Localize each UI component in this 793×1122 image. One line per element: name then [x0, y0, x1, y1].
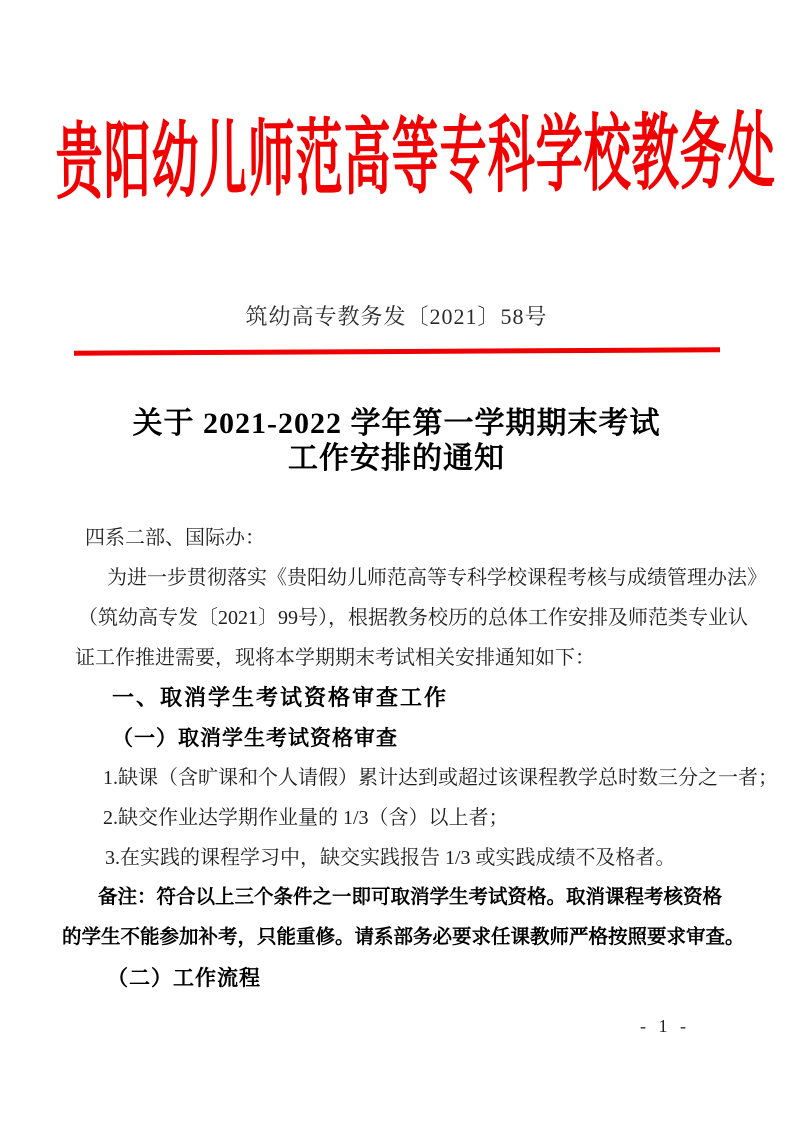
notice-title-line-2: 工作安排的通知 — [0, 441, 793, 476]
letterhead-title: 贵阳幼儿师范高等专科学校教务处 — [19, 112, 793, 208]
subsection-heading-1-1: （一）取消学生考试资格审查 — [62, 718, 734, 758]
notice-title: 关于 2021-2022 学年第一学期期末考试 工作安排的通知 — [0, 406, 793, 476]
document-page: 贵阳幼儿师范高等专科学校教务处 筑幼高专教务发〔2021〕58号 关于 2021… — [0, 0, 793, 1122]
page-number: - 1 - — [640, 1014, 690, 1038]
remark-line-2: 的学生不能参加补考，只能重修。请系部务必要求任课教师严格按照要求审查。 — [62, 918, 734, 958]
list-item-2: 2.缺交作业达学期作业量的 1/3（含）以上者； — [62, 798, 734, 838]
intro-paragraph-line-1: 为进一步贯彻落实《贵阳幼儿师范高等专科学校课程考核与成绩管理办法》 — [62, 558, 734, 598]
salutation-line: 四系二部、国际办： — [62, 518, 734, 558]
intro-paragraph-line-3: 证工作推进需要，现将本学期期末考试相关安排通知如下： — [62, 638, 734, 678]
intro-paragraph-line-2: （筑幼高专发〔2021〕99号），根据教务校历的总体工作安排及师范类专业认 — [62, 598, 734, 638]
section-heading-1: 一、取消学生考试资格审查工作 — [62, 678, 734, 718]
red-separator-line — [74, 347, 720, 355]
list-item-3: 3.在实践的课程学习中，缺交实践报告 1/3 或实践成绩不及格者。 — [62, 838, 734, 878]
list-item-1: 1.缺课（含旷课和个人请假）累计达到或超过该课程教学总时数三分之一者； — [62, 758, 734, 798]
remark-line-1: 备注：符合以上三个条件之一即可取消学生考试资格。取消课程考核资格 — [62, 878, 734, 918]
notice-title-line-1: 关于 2021-2022 学年第一学期期末考试 — [0, 406, 793, 441]
document-number: 筑幼高专教务发〔2021〕58号 — [0, 303, 793, 331]
notice-body: 四系二部、国际办： 为进一步贯彻落实《贵阳幼儿师范高等专科学校课程考核与成绩管理… — [62, 518, 734, 998]
subsection-heading-1-2: （二）工作流程 — [62, 958, 734, 998]
